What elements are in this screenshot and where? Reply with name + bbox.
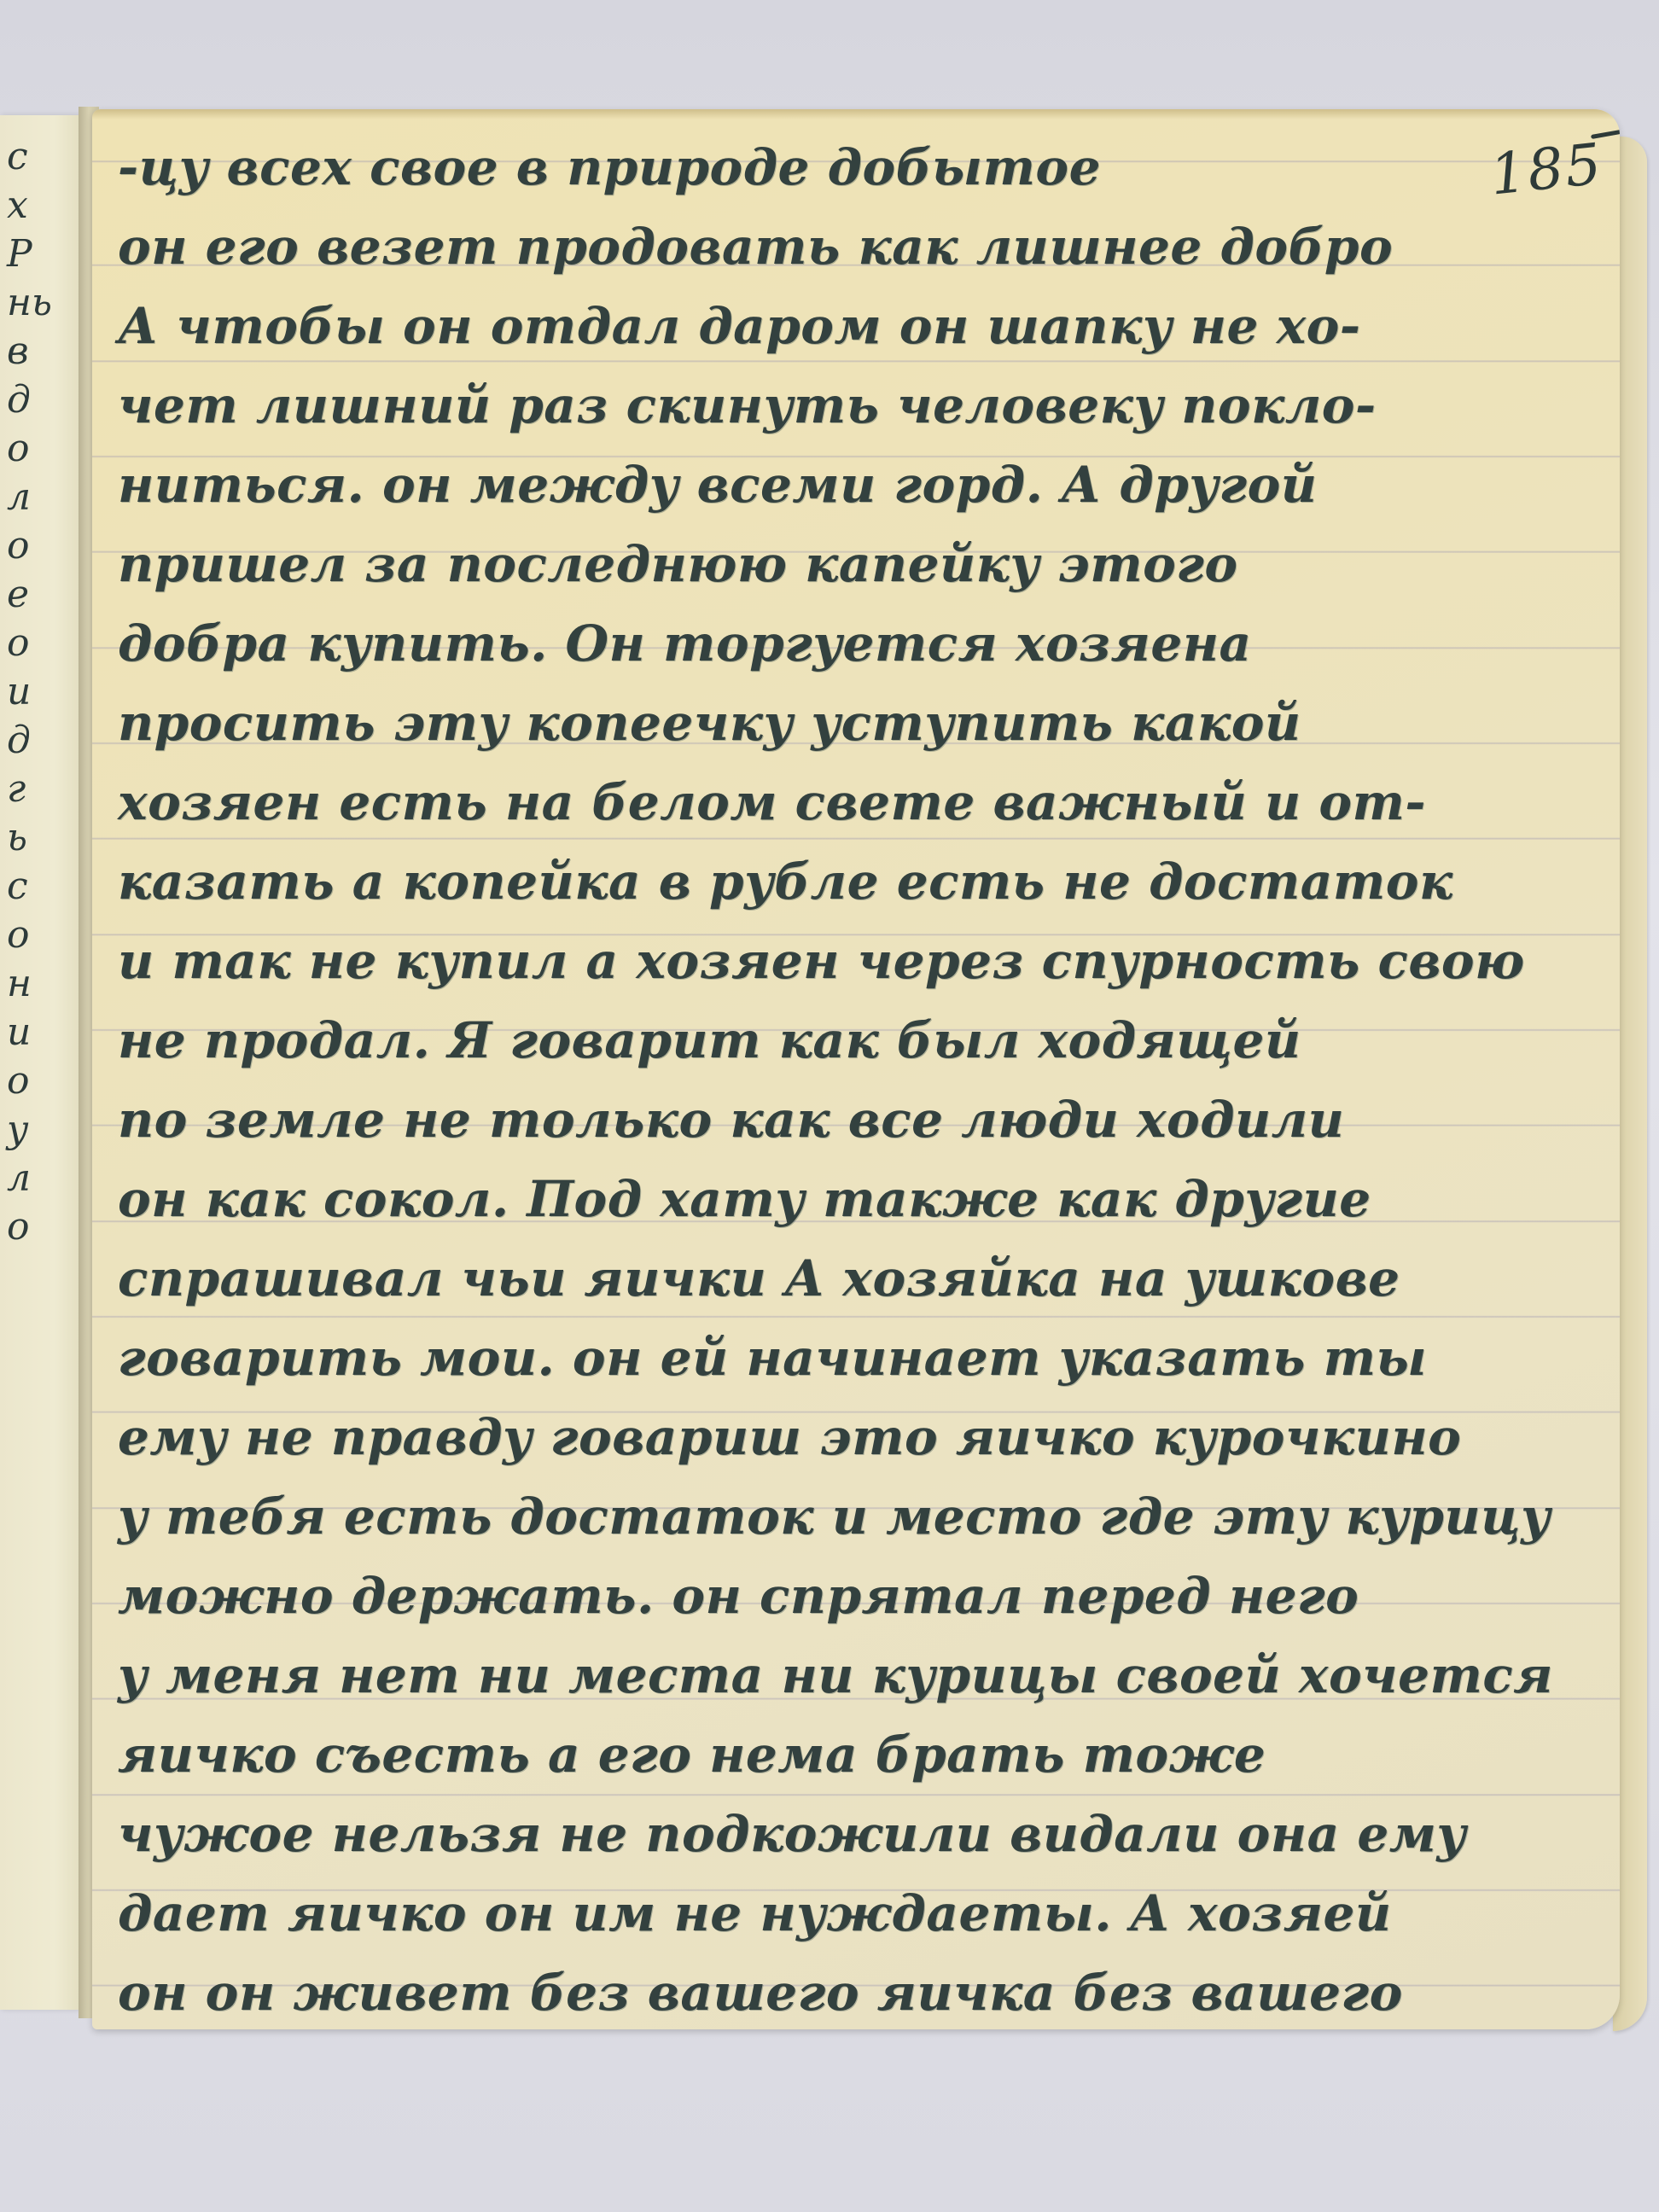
- text-line: чет лишний раз скинуть человеку покло-: [118, 366, 1569, 445]
- text-line: ниться. он между всеми горд. А другой: [118, 445, 1569, 525]
- text-line: просить эту копеечку уступить какой: [118, 684, 1569, 763]
- text-line: яичко съесть а его нема брать тоже: [118, 1715, 1569, 1795]
- margin-fragment: у: [3, 1105, 77, 1154]
- margin-fragment: л: [3, 1154, 77, 1202]
- previous-page-margin-fragments: с х Р нь в д о л о е о и д г ь с о н и о…: [3, 132, 77, 1251]
- margin-fragment: г: [3, 765, 77, 813]
- text-line: чужое нельзя не подкожили видали она ему: [118, 1795, 1569, 1874]
- text-line: казать а копейка в рубле есть не достато…: [118, 842, 1569, 922]
- margin-fragment: с: [3, 862, 77, 911]
- margin-fragment: н: [3, 959, 77, 1008]
- text-line: он он живет без вашего яичка без вашего: [118, 1953, 1569, 2029]
- margin-fragment: о: [3, 1057, 77, 1105]
- margin-fragment: о: [3, 911, 77, 959]
- margin-fragment: д: [3, 716, 77, 765]
- notebook-page: 185 -цу всех свое в природе добытое он е…: [92, 109, 1620, 2029]
- text-line: не продал. Я говарит как был ходящей: [118, 1001, 1569, 1080]
- text-line: хозяен есть на белом свете важный и от-: [118, 763, 1569, 842]
- margin-fragment: с: [3, 132, 77, 181]
- text-line: добра купить. Он торгуется хозяена: [118, 604, 1569, 684]
- margin-fragment: л: [3, 473, 77, 521]
- text-line: и так не купил а хозяен через спурность …: [118, 922, 1569, 1001]
- margin-fragment: и: [3, 667, 77, 716]
- margin-fragment: х: [3, 181, 77, 230]
- text-line: дает яичко он им не нуждаеты. А хозяей: [118, 1874, 1569, 1953]
- text-line: по земле не только как все люди ходили: [118, 1080, 1569, 1160]
- margin-fragment: о: [3, 619, 77, 667]
- margin-fragment: о: [3, 521, 77, 570]
- margin-fragment: нь: [3, 278, 77, 327]
- text-line: спрашивал чьи яички А хозяйка на ушкове: [118, 1239, 1569, 1318]
- text-line: он его везет продовать как лишнее добро: [118, 207, 1569, 287]
- margin-fragment: ь: [3, 813, 77, 862]
- text-line: -цу всех свое в природе добытое: [118, 128, 1569, 207]
- margin-fragment: Р: [3, 230, 77, 278]
- handwritten-text: -цу всех свое в природе добытое он его в…: [118, 128, 1569, 2029]
- text-line: говарить мои. он ей начинает указать ты: [118, 1318, 1569, 1398]
- text-line: А чтобы он отдал даром он шапку не хо-: [118, 287, 1569, 366]
- margin-fragment: и: [3, 1008, 77, 1057]
- margin-fragment: в: [3, 327, 77, 375]
- margin-fragment: д: [3, 375, 77, 424]
- text-line: он как сокол. Под хату также как другие: [118, 1160, 1569, 1239]
- text-line: пришел за последнюю капейку этого: [118, 525, 1569, 604]
- margin-fragment: о: [3, 1202, 77, 1251]
- text-line: ему не правду говариш это яичко курочкин…: [118, 1398, 1569, 1477]
- previous-page-edge: с х Р нь в д о л о е о и д г ь с о н и о…: [0, 115, 80, 2010]
- text-line: можно держать. он спрятал перед него: [118, 1557, 1569, 1636]
- text-line: у тебя есть достаток и место где эту кур…: [118, 1477, 1569, 1557]
- text-line: у меня нет ни места ни курицы своей хоче…: [118, 1636, 1569, 1715]
- margin-fragment: е: [3, 570, 77, 619]
- margin-fragment: о: [3, 424, 77, 473]
